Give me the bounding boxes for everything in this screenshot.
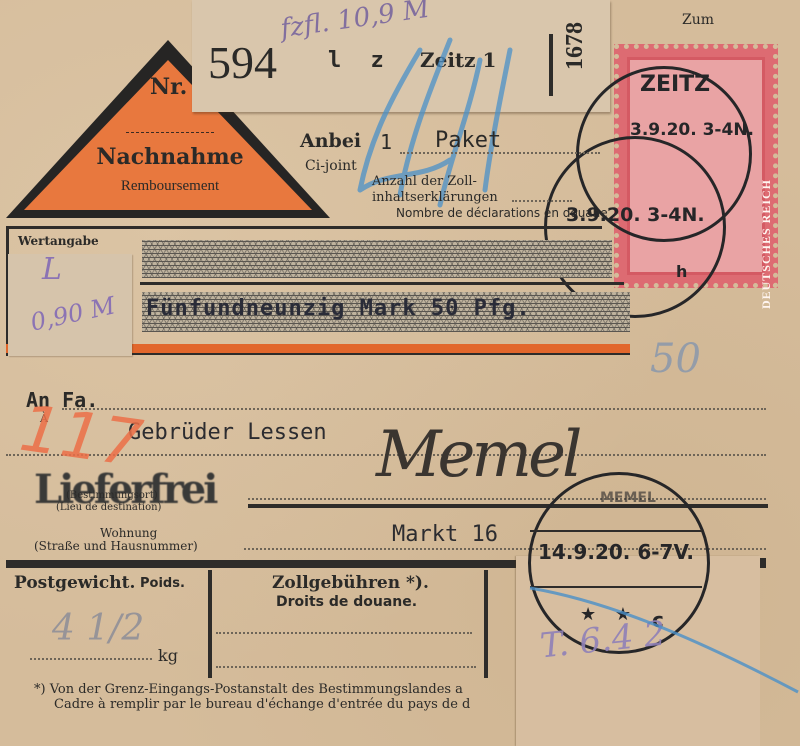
postmark-letter: h [676,262,687,281]
parcel-number: 594 [208,36,277,89]
nachnahme-nr-line [126,132,214,133]
column-divider-1 [208,570,212,678]
customs-label-de: Zollgebühren *). [272,573,429,593]
nachnahme-title: Nachnahme [0,144,340,170]
wohnung-label: Wohnung [100,526,157,540]
declarations-label-de-1: Anzahl der Zoll- [372,174,477,189]
arrival-postmark-band-top [530,530,702,532]
arrival-postmark-town: MEMEL [600,490,656,506]
package-count: 1 [380,130,392,154]
destination-label-fr: (Lieu de destination) [56,502,161,513]
customs-line-1 [216,632,472,634]
weight-label-fr: Poids. [140,576,185,591]
amount-in-words: Fünfundneunzig Mark 50 Pfg. [146,296,531,321]
package-type: Paket [435,128,501,153]
street-address: Markt 16 [392,522,498,547]
destination-city: Memel [376,418,578,492]
declarations-label-fr: Nombre de déclarations en douane [396,206,608,220]
weight-label-de: Postgewicht. [14,573,135,593]
weight-value: 4 1/2 [52,608,144,649]
customs-line-2 [216,666,476,668]
footnote-de: *) Von der Grenz-Eingangs-Postanstalt de… [34,682,463,697]
anbei-dotted-line [400,152,600,154]
street-label: (Straße und Hausnummer) [34,539,198,553]
recipient-name: Gebrüder Lessen [128,420,327,445]
origin-postmark-town: ZEITZ [640,72,710,97]
zum-label: Zum [682,12,714,28]
anbei-label: Anbei [300,130,361,152]
recipient-line-1 [62,408,766,410]
weight-unit: kg [158,646,178,665]
weight-dotted-line [30,658,152,660]
wertangabe-label: Wertangabe [18,234,99,248]
amount-figures-field [142,240,612,278]
column-divider-2 [484,570,488,678]
customs-label-fr: Droits de douane. [276,594,417,610]
destination-label-de: (Bestimmungsort) [66,490,158,501]
blue-crayon-line [520,580,800,700]
stamp-country: DEUTSCHES REICH [759,179,774,309]
arrival-postmark-date: 14.9.20. 6-7V. [538,540,694,564]
declarations-dotted-line [512,200,572,202]
destination-dotted-line [248,498,766,500]
rule-end-mark [760,558,766,566]
nachnahme-nr: Nr. [150,74,187,100]
footnote-fr: Cadre à remplir par le bureau d'échange … [54,697,470,712]
patch-mark: L [42,252,62,287]
amount-box-mid-rule [140,282,624,285]
declarations-label-de-2: inhaltserklärungen [372,190,498,205]
vertical-number: 1678 [562,22,589,70]
pencil-note: 50 [650,336,701,382]
cijoint-label: Ci-joint [305,158,357,174]
amount-box-top-rule [6,226,602,229]
parcel-card: Nr. Nachnahme Remboursement 594 l z Zeit… [0,0,800,746]
nachnahme-subtitle: Remboursement [0,178,340,195]
